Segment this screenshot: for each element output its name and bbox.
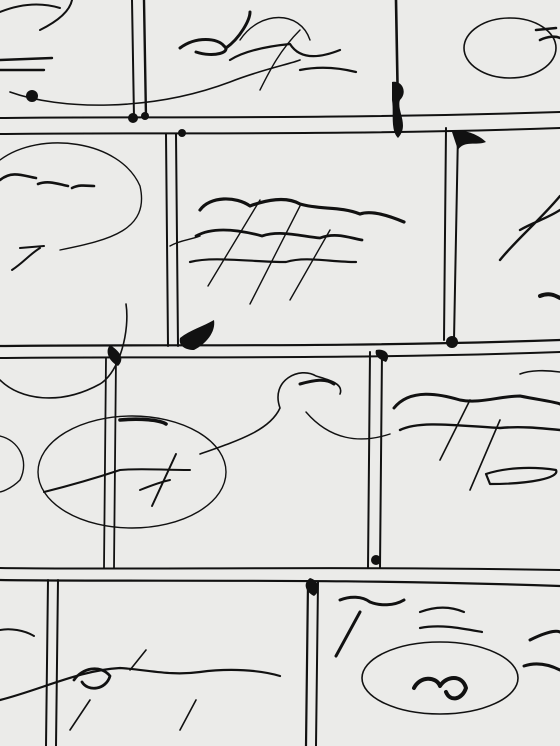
ink-artwork: [0, 0, 560, 746]
canvas-background: [0, 0, 560, 746]
